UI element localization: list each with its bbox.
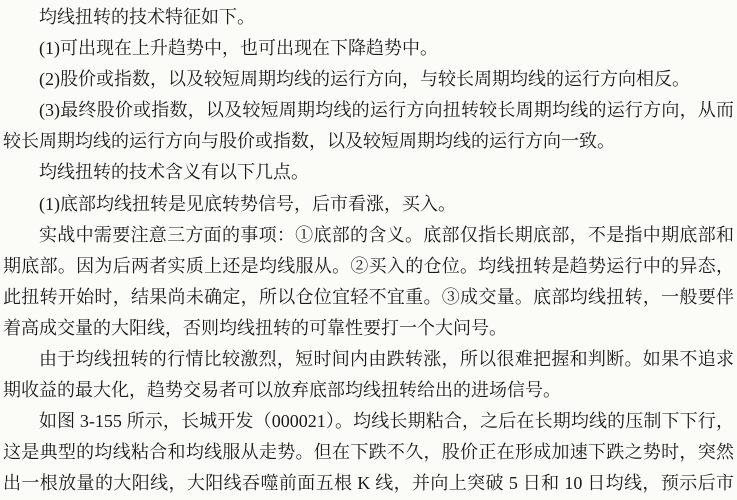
- text-line: 较长周期均线的运行方向与股价或指数，以及较短周期均线的运行方向一致。: [3, 126, 734, 157]
- text-line: 实战中需要注意三方面的事项：①底部的含义。底部仅指长期底部，不是指中期底部和短: [3, 220, 734, 251]
- text-line: 着高成交量的大阳线，否则均线扭转的可靠性要打一个大问号。: [3, 313, 734, 344]
- book-page: 均线扭转的技术特征如下。 (1)可出现在上升趋势中，也可出现在下降趋势中。 (2…: [0, 0, 737, 500]
- text-line: 这是典型的均线粘合和均线服从走势。但在下跌不久，股价正在形成加速下跌之势时，突然…: [3, 437, 734, 468]
- text-line: 由于均线扭转的行情比较激烈，短时间内由跌转涨，所以很难把握和判断。如果不追求短: [3, 344, 734, 375]
- text-line: (1)底部均线扭转是见底转势信号，后市看涨，买入。: [3, 189, 734, 220]
- text-line: 此扭转开始时，结果尚未确定，所以仓位宜轻不宜重。③成交量。底部均线扭转，一般要伴…: [3, 282, 734, 313]
- text-line: (1)可出现在上升趋势中，也可出现在下降趋势中。: [3, 33, 734, 64]
- text-line: 出一根放量的大阳线，大阳线吞噬前面五根 K 线，并向上突破 5 日和 10 日均…: [3, 468, 734, 499]
- text-line: 期底部。因为后两者实质上还是均线服从。②买入的仓位。均线扭转是趋势运行中的异态，…: [3, 251, 734, 282]
- text-line: 期收益的最大化，趋势交易者可以放弃底部均线扭转给出的进场信号。: [3, 375, 734, 406]
- text-line: 均线扭转的技术特征如下。: [3, 2, 734, 33]
- text-line: 如图 3-155 所示，长城开发（000021）。均线长期粘合，之后在长期均线的…: [3, 406, 734, 437]
- text-line: 均线扭转的技术含义有以下几点。: [3, 157, 734, 188]
- text-line: (3)最终股价或指数，以及较短周期均线的运行方向扭转较长周期均线的运行方向，从而…: [3, 95, 734, 126]
- text-line: (2)股价或指数，以及较短周期均线的运行方向，与较长周期均线的运行方向相反。: [3, 64, 734, 95]
